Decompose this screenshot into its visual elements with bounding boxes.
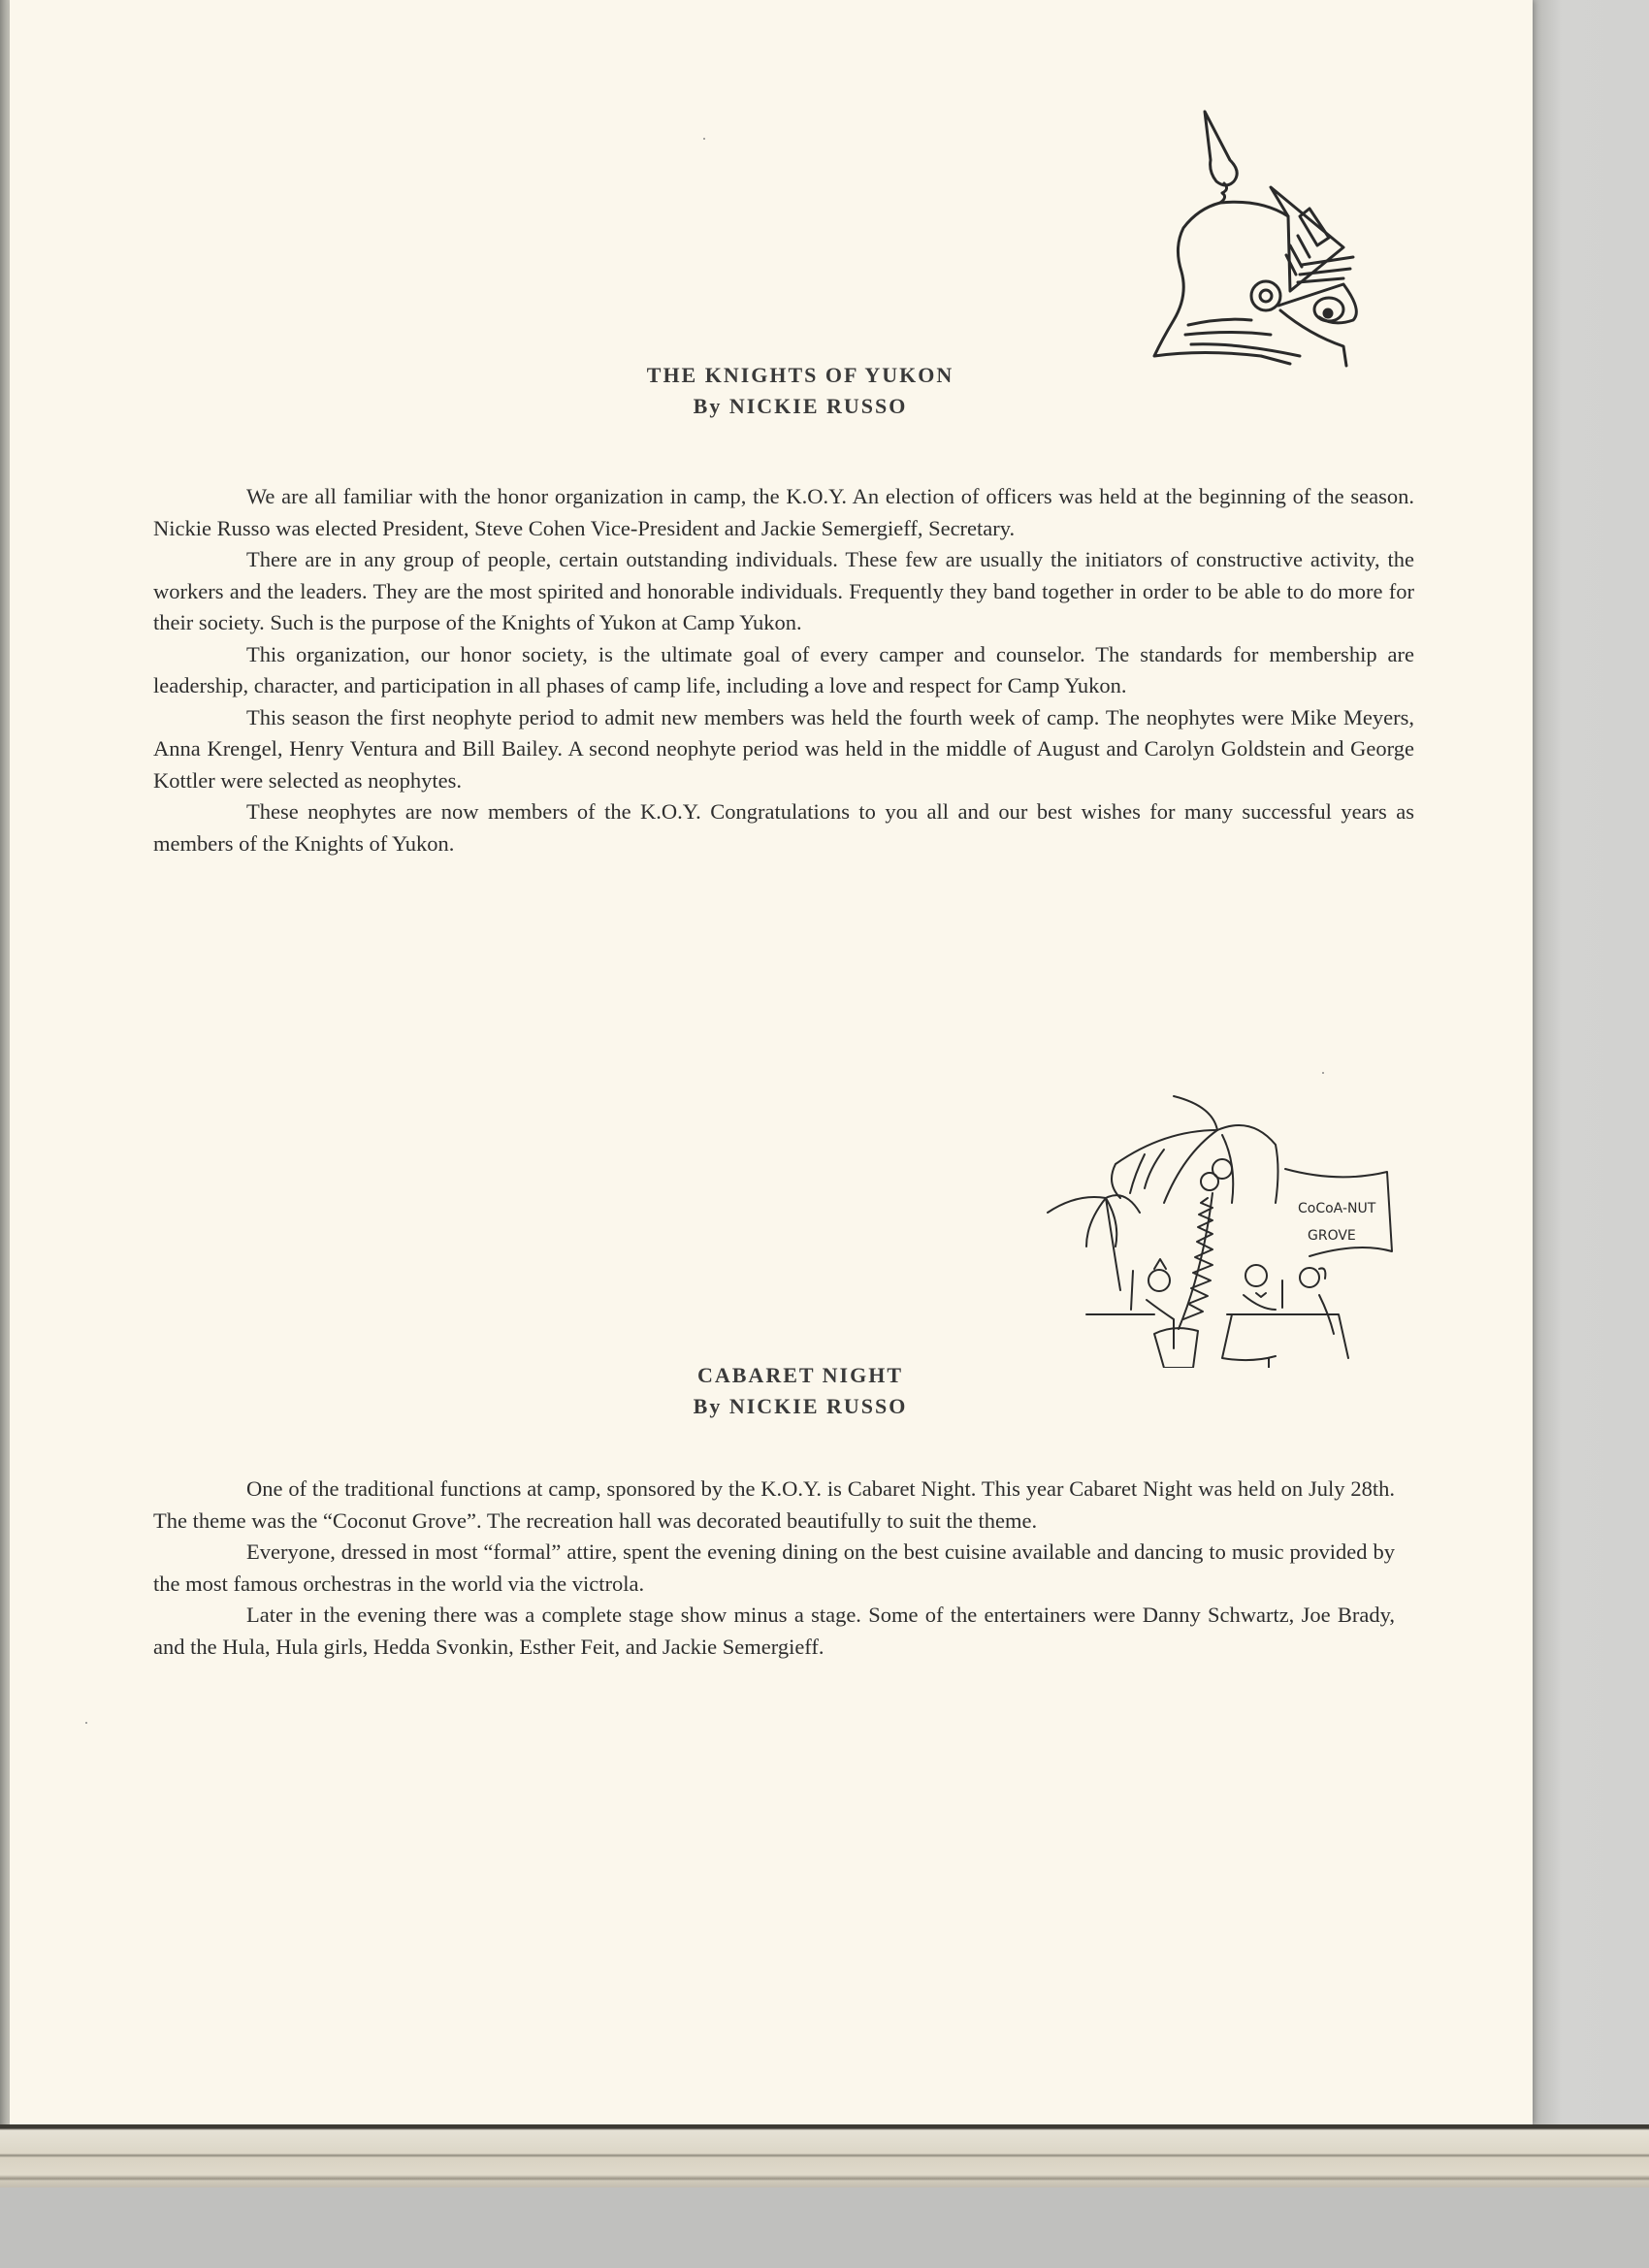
paragraph: We are all familiar with the honor organ… — [153, 481, 1414, 544]
paragraph: Everyone, dressed in most “formal” attir… — [153, 1537, 1395, 1600]
article-body: One of the traditional functions at camp… — [153, 1474, 1395, 1663]
page-stack-edge — [0, 2124, 1649, 2187]
paragraph: These neophytes are now members of the K… — [153, 796, 1414, 859]
paper-speck — [85, 1722, 87, 1724]
article-byline: By NICKIE RUSSO — [461, 391, 1140, 422]
scanner-background-bottom — [0, 2187, 1649, 2268]
paper-speck — [703, 138, 705, 140]
scanner-background — [1533, 0, 1649, 2124]
knight-helmet-icon — [1145, 102, 1377, 378]
cocoa-nut-grove-icon: CoCoA-NUT GROVE — [1028, 1077, 1397, 1368]
paragraph: This organization, our honor society, is… — [153, 639, 1414, 702]
svg-text:GROVE: GROVE — [1308, 1228, 1356, 1244]
paragraph: There are in any group of people, certai… — [153, 544, 1414, 639]
svg-text:CoCoA-NUT: CoCoA-NUT — [1298, 1201, 1376, 1216]
paragraph: One of the traditional functions at camp… — [153, 1474, 1395, 1537]
article-title: CABARET NIGHT — [461, 1360, 1140, 1391]
article-title: THE KNIGHTS OF YUKON — [461, 360, 1140, 391]
paragraph: Later in the evening there was a complet… — [153, 1600, 1395, 1663]
article-body: We are all familiar with the honor organ… — [153, 481, 1414, 859]
paragraph: This season the first neophyte period to… — [153, 702, 1414, 797]
paper-speck — [1322, 1072, 1324, 1074]
article-byline: By NICKIE RUSSO — [461, 1391, 1140, 1422]
